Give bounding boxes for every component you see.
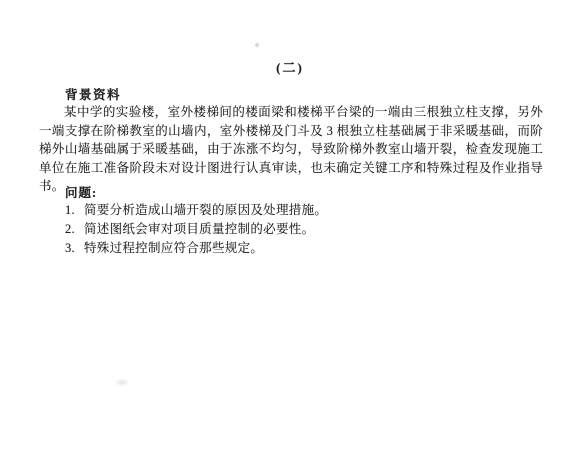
- question-text: 简要分析造成山墙开裂的原因及处理措施。: [84, 203, 327, 217]
- question-text: 特殊过程控制应符合那些规定。: [84, 241, 263, 255]
- scan-smudge-artifact: [114, 378, 130, 387]
- question-number: 3.: [65, 239, 75, 258]
- question-number: 2.: [65, 220, 75, 239]
- document-page: (二) 背景资料 某中学的实验楼，室外楼梯间的楼面梁和楼梯平台梁的一端由三根独立…: [0, 0, 580, 475]
- questions-list: 1.简要分析造成山墙开裂的原因及处理措施。 2.简述图纸会审对项目质量控制的必要…: [65, 201, 535, 258]
- background-paragraph: 某中学的实验楼，室外楼梯间的楼面梁和楼梯平台梁的一端由三根独立柱支撑，另外一端支…: [39, 103, 543, 196]
- questions-heading: 问题:: [65, 183, 97, 201]
- question-item-2: 2.简述图纸会审对项目质量控制的必要性。: [65, 220, 535, 239]
- background-materials-heading: 背景资料: [65, 85, 121, 103]
- question-item-1: 1.简要分析造成山墙开裂的原因及处理措施。: [65, 201, 535, 220]
- question-text: 简述图纸会审对项目质量控制的必要性。: [84, 222, 314, 236]
- section-title: (二): [0, 57, 580, 76]
- question-item-3: 3.特殊过程控制应符合那些规定。: [65, 239, 535, 258]
- scan-speck-artifact: [254, 42, 260, 48]
- question-number: 1.: [65, 201, 75, 220]
